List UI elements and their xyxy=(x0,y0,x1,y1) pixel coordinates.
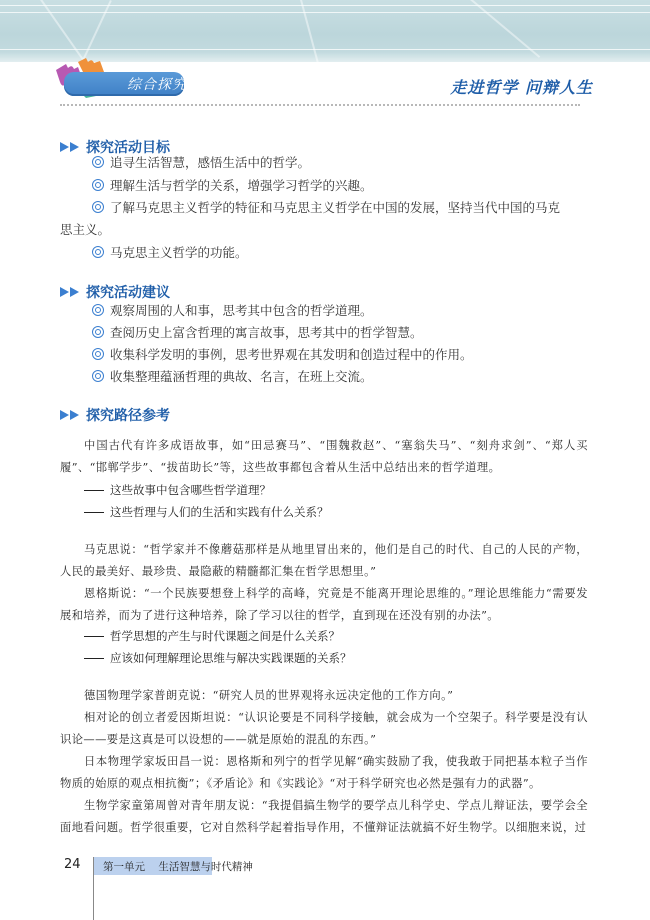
list-item: 追寻生活智慧，感悟生活中的哲学。 xyxy=(60,152,590,174)
footer-unit-label: 第一单元 生活智慧与时代精神 xyxy=(103,859,253,874)
paragraph: 相对论的创立者爱因斯坦说：“认识论要是不同科学接触，就会成为一个空架子。科学要是… xyxy=(60,707,588,751)
list-item: 马克思主义哲学的功能。 xyxy=(60,242,590,264)
section-title: 探究活动建议 xyxy=(86,282,170,302)
section-heading-suggestions: 探究活动建议 xyxy=(60,282,170,302)
bullet-circle-icon xyxy=(92,304,104,316)
paragraph: 日本物理学家坂田昌一说：恩格斯和列宁的哲学见解“确实鼓励了我，使我敢于同把基本粒… xyxy=(60,751,588,795)
discussion-question: 这些故事中包含哪些哲学道理？ xyxy=(84,479,271,501)
bullet-circle-icon xyxy=(92,156,104,168)
page-number: 24 xyxy=(64,857,81,872)
section-heading-paths: 探究路径参考 xyxy=(60,405,170,425)
list-item: 查阅历史上富含哲理的寓言故事，思考其中的哲学智慧。 xyxy=(60,322,590,344)
discussion-question: 应该如何理解理论思维与解决实践课题的关系？ xyxy=(84,647,352,669)
double-arrow-icon xyxy=(60,410,80,420)
bullet-circle-icon xyxy=(92,370,104,382)
double-arrow-icon xyxy=(60,142,80,152)
paragraph: 德国物理学家普朗克说：“研究人员的世界观将永远决定他的工作方向。” xyxy=(60,685,588,707)
list-item: 了解马克思主义哲学的特征和马克思主义哲学在中国的发展，坚持当代中国的马克 xyxy=(60,197,590,219)
double-arrow-icon xyxy=(60,287,80,297)
list-item: 收集整理蕴涵哲理的典故、名言，在班上交流。 xyxy=(60,366,590,388)
bullet-circle-icon xyxy=(92,348,104,360)
list-item-continuation: 思主义。 xyxy=(60,219,590,241)
list-item: 观察周围的人和事，思考其中包含的哲学道理。 xyxy=(60,300,590,322)
paragraph: 生物学家童第周曾对青年朋友说：“我提倡搞生物学的要学点儿科学史、学点儿辩证法，要… xyxy=(60,795,588,839)
bullet-circle-icon xyxy=(92,246,104,258)
bullet-circle-icon xyxy=(92,201,104,213)
bullet-circle-icon xyxy=(92,179,104,191)
discussion-question: 这些哲理与人们的生活和实践有什么关系？ xyxy=(84,501,329,523)
chapter-slogan: 走进哲学 问辩人生 xyxy=(450,75,593,98)
paragraph: 中国古代有许多成语故事，如“田忌赛马”、“围魏救赵”、“塞翁失马”、“刻舟求剑”… xyxy=(60,435,588,479)
paragraph: 恩格斯说：“一个民族要想登上科学的高峰，究竟是不能离开理论思维的。”理论思维能力… xyxy=(60,583,588,627)
header-banner xyxy=(0,0,650,62)
paragraph: 马克思说：“哲学家并不像蘑菇那样是从地里冒出来的，他们是自己的时代、自己的人民的… xyxy=(60,539,588,583)
discussion-question: 哲学思想的产生与时代课题之间是什么关系？ xyxy=(84,625,340,647)
section-badge-label: 综合探究 xyxy=(127,74,187,94)
list-item: 理解生活与哲学的关系，增强学习哲学的兴趣。 xyxy=(60,175,590,197)
list-item: 收集科学发明的事例，思考世界观在其发明和创造过程中的作用。 xyxy=(60,344,590,366)
section-title: 探究路径参考 xyxy=(86,405,170,425)
bullet-circle-icon xyxy=(92,326,104,338)
divider xyxy=(60,104,580,106)
